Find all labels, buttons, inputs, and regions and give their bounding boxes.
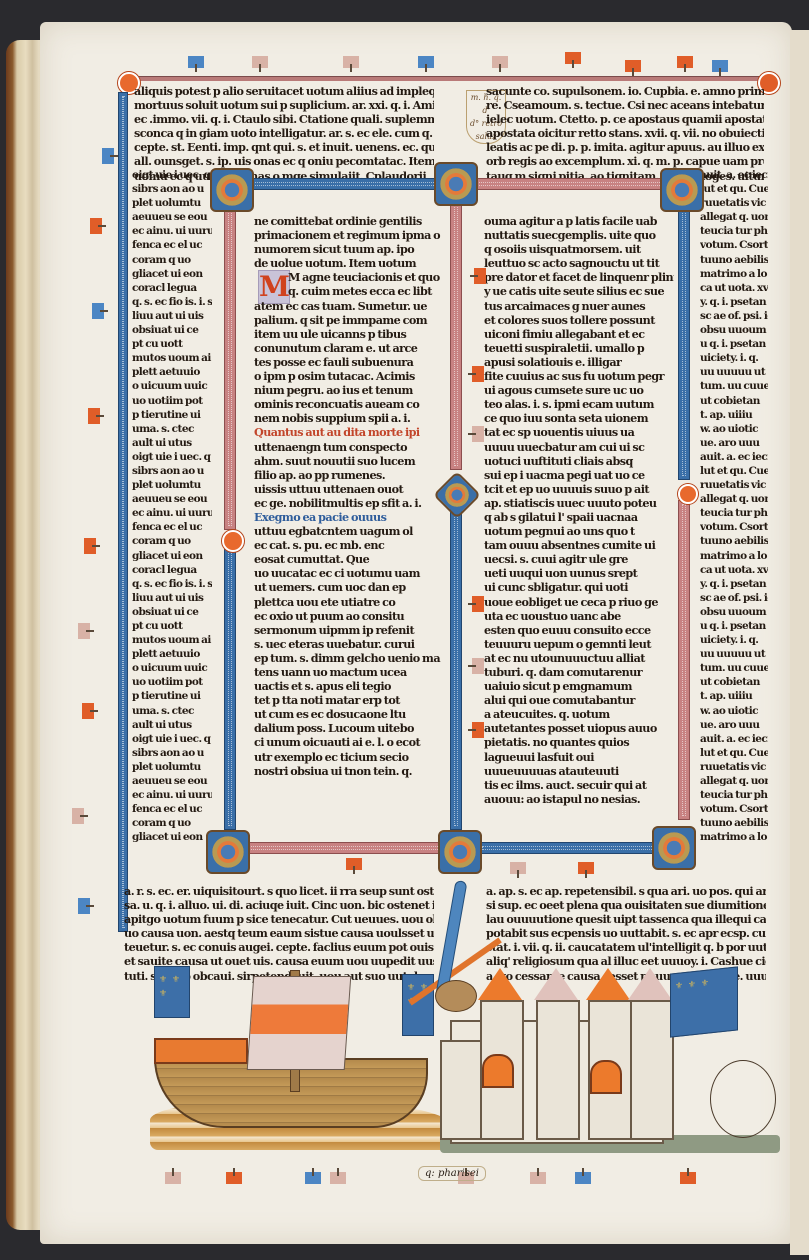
interlace-knot-icon <box>206 830 250 874</box>
flourish-icon <box>92 303 104 319</box>
frame-left-lower-bar <box>224 540 236 830</box>
frame-right-lower-bar <box>678 500 690 820</box>
castle-gate <box>590 1060 622 1094</box>
castle-gate <box>482 1054 514 1088</box>
flourish-icon <box>492 56 508 68</box>
flourish-icon <box>625 60 641 72</box>
frame-middle-upper-bar <box>450 200 462 470</box>
flourish-icon <box>84 538 96 554</box>
flourish-icon <box>330 1172 346 1184</box>
fleur-de-lis-banner-icon <box>402 974 434 1036</box>
tower-roof <box>628 968 672 1000</box>
flourish-icon <box>343 56 359 68</box>
flourish-icon <box>78 623 90 639</box>
vine-scroll <box>710 1060 776 1138</box>
frame-middle-lower-bar <box>450 500 462 830</box>
flourish-icon <box>530 1172 546 1184</box>
flourish-icon <box>252 56 268 68</box>
flourish-icon <box>305 1172 321 1184</box>
flourish-icon <box>472 596 484 612</box>
top-rule <box>128 76 768 81</box>
flourish-icon <box>677 56 693 68</box>
flourish-icon <box>578 862 594 874</box>
illustration-caption: q: pharisei <box>418 1166 486 1181</box>
castle-tower <box>630 1000 674 1140</box>
flourish-icon <box>102 148 114 164</box>
roundel-ornament <box>222 530 244 552</box>
flourish-icon <box>712 60 728 72</box>
flourish-icon <box>188 56 204 68</box>
interlace-knot-icon <box>434 162 478 206</box>
flourish-icon <box>346 858 362 870</box>
flourish-icon <box>510 862 526 874</box>
flourish-icon <box>472 426 484 442</box>
flourish-icon <box>575 1172 591 1184</box>
gloss-right: auit. a. ec ieci. qlut et qu. Cueruuetat… <box>700 168 768 858</box>
tower-roof <box>534 968 578 1000</box>
frame-bottom-left-bar <box>244 842 444 854</box>
flourish-icon <box>72 808 84 824</box>
flourish-icon <box>88 408 100 424</box>
flourish-icon <box>472 722 484 738</box>
flourish-icon <box>78 898 90 914</box>
flourish-icon <box>165 1172 181 1184</box>
crane-body <box>435 980 477 1012</box>
tower-roof <box>586 968 630 1000</box>
frame-left-upper-bar <box>224 200 236 530</box>
interlace-knot-icon <box>210 168 254 212</box>
flourish-icon <box>474 268 486 284</box>
flourish-icon <box>472 366 484 382</box>
main-column-1: ne comittebat ordinie gentilisprimacione… <box>254 214 446 826</box>
castle-tower <box>536 1000 580 1140</box>
flourish-icon <box>82 703 94 719</box>
interlace-knot-icon <box>652 826 696 870</box>
interlace-knot-icon <box>660 168 704 212</box>
castle-tower <box>440 1040 484 1140</box>
tower-roof <box>478 968 522 1000</box>
ship-sail <box>247 976 352 1070</box>
main-column-2: ouma agitur a p latis facile uabnuttatis… <box>484 214 674 826</box>
flourish-icon <box>418 56 434 68</box>
frame-top-left-bar <box>236 178 446 190</box>
flourish-icon <box>90 218 102 234</box>
gloss-left: oigt uie i uec. qsibrs aon ao uplet uolu… <box>132 168 212 858</box>
frame-right-upper-bar <box>678 200 690 480</box>
frame-top-right-bar <box>460 178 672 190</box>
flourish-icon <box>680 1172 696 1184</box>
fleur-de-lis-banner-icon <box>154 966 190 1018</box>
next-page-edge <box>790 30 809 1255</box>
flourish-icon <box>565 52 581 64</box>
bas-de-page-illustration <box>140 960 780 1160</box>
interlace-knot-icon <box>438 830 482 874</box>
left-border-bar <box>118 92 128 932</box>
roundel-ornament <box>678 484 698 504</box>
ship-forecastle <box>154 1038 248 1064</box>
frame-bottom-right-bar <box>478 842 668 854</box>
flourish-icon <box>472 658 484 674</box>
fleur-de-lis-banner-icon <box>670 966 738 1037</box>
flourish-icon <box>226 1172 242 1184</box>
